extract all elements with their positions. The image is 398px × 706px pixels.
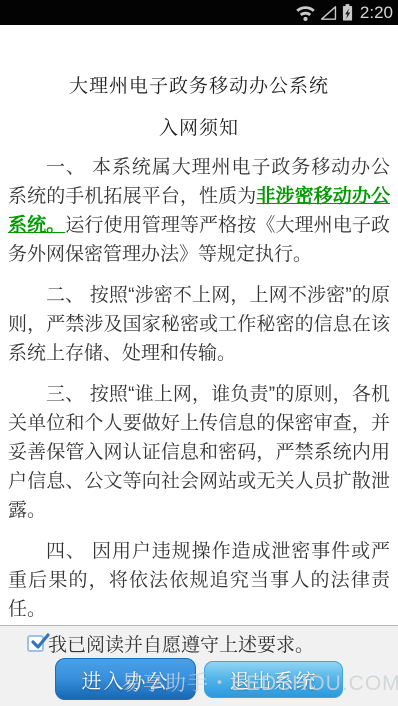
- notice-paragraph-2: 二、 按照“涉密不上网，上网不涉密”的原则，严禁涉及国家秘密或工作秘密的信息在该…: [8, 281, 390, 368]
- signal-triangle-icon: [320, 5, 337, 21]
- notice-paragraph-4: 四、 因用户违规操作造成泄密事件或严重后果的，将依法依规追究当事人的法律责任。: [8, 537, 390, 624]
- page-subtitle: 入网须知: [8, 113, 390, 140]
- button-row: 进入办公 退出系统: [0, 658, 398, 700]
- exit-system-button[interactable]: 退出系统: [204, 661, 343, 698]
- agree-checkbox[interactable]: [27, 635, 44, 652]
- bottom-panel: 我已阅读并自愿遵守上述要求。 进入办公 退出系统: [0, 625, 398, 706]
- page-title: 大理州电子政务移动办公系统: [8, 71, 390, 98]
- wifi-icon: [295, 4, 316, 22]
- battery-charging-icon: [341, 3, 354, 22]
- status-bar: 2:20: [0, 0, 398, 25]
- agree-row[interactable]: 我已阅读并自愿遵守上述要求。: [27, 632, 398, 654]
- notice-paragraph-3: 三、 按照“谁上网，谁负责”的原则，各机关单位和个人要做好上传信息的保密审查，并…: [8, 380, 390, 525]
- status-clock: 2:20: [358, 0, 393, 25]
- agree-label: 我已阅读并自愿遵守上述要求。: [48, 630, 314, 657]
- notice-content: 大理州电子政务移动办公系统 入网须知 一、 本系统属大理州电子政务移动办公系统的…: [0, 71, 398, 694]
- enter-office-button[interactable]: 进入办公: [55, 658, 196, 700]
- notice-paragraph-1: 一、 本系统属大理州电子政务移动办公系统的手机拓展平台，性质为非涉密移动办公系统…: [8, 153, 390, 269]
- paragraph-1-text-cont: 运行使用管理等严格按《大理州电子政务外网保密管理办法》等规定执行。: [8, 215, 390, 265]
- app-screen: 2:20 大理州电子政务移动办公系统 入网须知 一、 本系统属大理州电子政务移动…: [0, 0, 398, 706]
- checkmark-icon: [29, 631, 51, 653]
